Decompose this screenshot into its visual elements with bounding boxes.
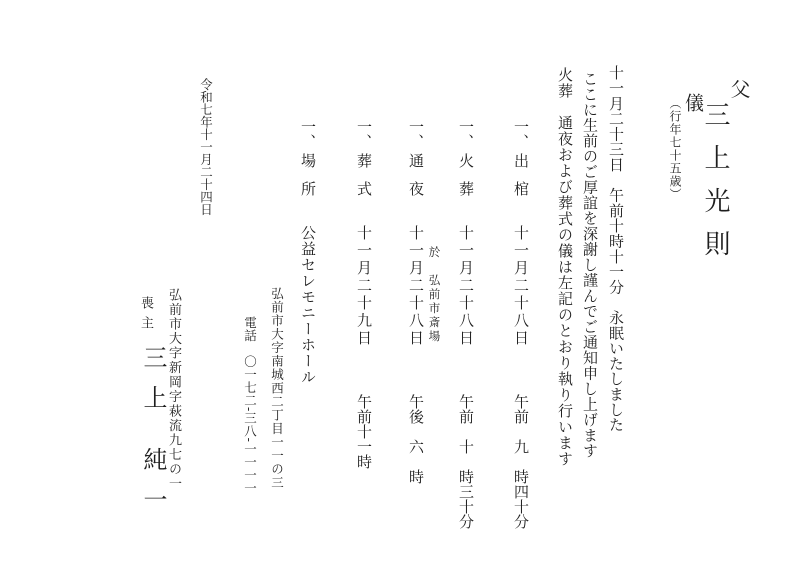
item-label-tsuya: 通夜 bbox=[407, 153, 423, 209]
item-time: 午前 十 時三十分 bbox=[457, 394, 473, 529]
venue-phone: 電話 〇一七二-三八-一一一一 bbox=[243, 316, 256, 494]
venue-address: 弘前市大字南城西二丁目一一の三 bbox=[270, 287, 283, 490]
item-date: 十一月二十八日 bbox=[457, 225, 473, 348]
funeral-notice-page: 父 三上光則 儀 （行年七十五歳） 十一月二十三日 午前十時十一分 永眠いたしま… bbox=[0, 0, 800, 567]
mourner-name: 三上 純一 bbox=[140, 345, 164, 527]
schedule-item-tsuya: 一、通夜十一月二十八日午後 六 時 bbox=[392, 104, 437, 484]
announcement-line-notice: 火葬 通夜および葬式の儀は左記のとおり執り行います bbox=[556, 67, 571, 467]
schedule-item-kasou: 一、火葬十一月二十八日午前 十 時三十分 bbox=[442, 104, 487, 529]
age-note: （行年七十五歳） bbox=[668, 97, 682, 201]
item-marker: 一、 bbox=[355, 119, 371, 149]
item-time: 午後 六 時 bbox=[407, 394, 423, 484]
item-marker: 一、 bbox=[407, 119, 423, 149]
item-marker: 一、 bbox=[299, 119, 315, 149]
item-date: 十一月二十九日 bbox=[355, 225, 371, 348]
item-label-soushiki: 葬式 bbox=[355, 153, 371, 209]
venue-name: 公益セレモニーホール bbox=[299, 225, 315, 385]
item-label-kasou: 火葬 bbox=[457, 153, 473, 209]
deceased-title-column: 父 三上光則 儀 （行年七十五歳） bbox=[651, 63, 764, 273]
schedule-item-soushiki: 一、葬式十一月二十九日午前十一時 bbox=[340, 104, 385, 469]
announcement-line-death: 十一月二十三日 午前十時十一分 永眠いたしました bbox=[607, 65, 622, 432]
item-date: 十一月二十八日 bbox=[407, 225, 423, 348]
item-marker: 一、 bbox=[457, 119, 473, 149]
item-label-basho: 場所 bbox=[299, 153, 315, 209]
notice-date: 令和七年十一月二十四日 bbox=[199, 78, 212, 216]
honorific-gi: 儀 bbox=[682, 93, 703, 112]
deceased-name: 三上光則 bbox=[701, 101, 730, 273]
announcement-line-thanks: ここに生前のご厚誼を深謝し謹んでご通知申し上げます bbox=[581, 71, 596, 459]
deceased-relation: 父 bbox=[727, 79, 749, 99]
mourner-label: 喪主 bbox=[140, 296, 153, 336]
item-time: 午前 九 時四十分 bbox=[512, 394, 528, 529]
item-time: 午前十一時 bbox=[355, 394, 371, 469]
item-marker: 一、 bbox=[512, 119, 528, 149]
schedule-item-basho: 一、場所公益セレモニーホール bbox=[284, 104, 329, 385]
mourner-address: 弘前市大字新岡字萩流九七の一 bbox=[168, 288, 181, 491]
schedule-item-shukkan: 一、出棺十一月二十八日午前 九 時四十分 bbox=[497, 104, 542, 529]
item-date: 十一月二十八日 bbox=[512, 225, 528, 348]
item-label-shukkan: 出棺 bbox=[512, 153, 528, 209]
